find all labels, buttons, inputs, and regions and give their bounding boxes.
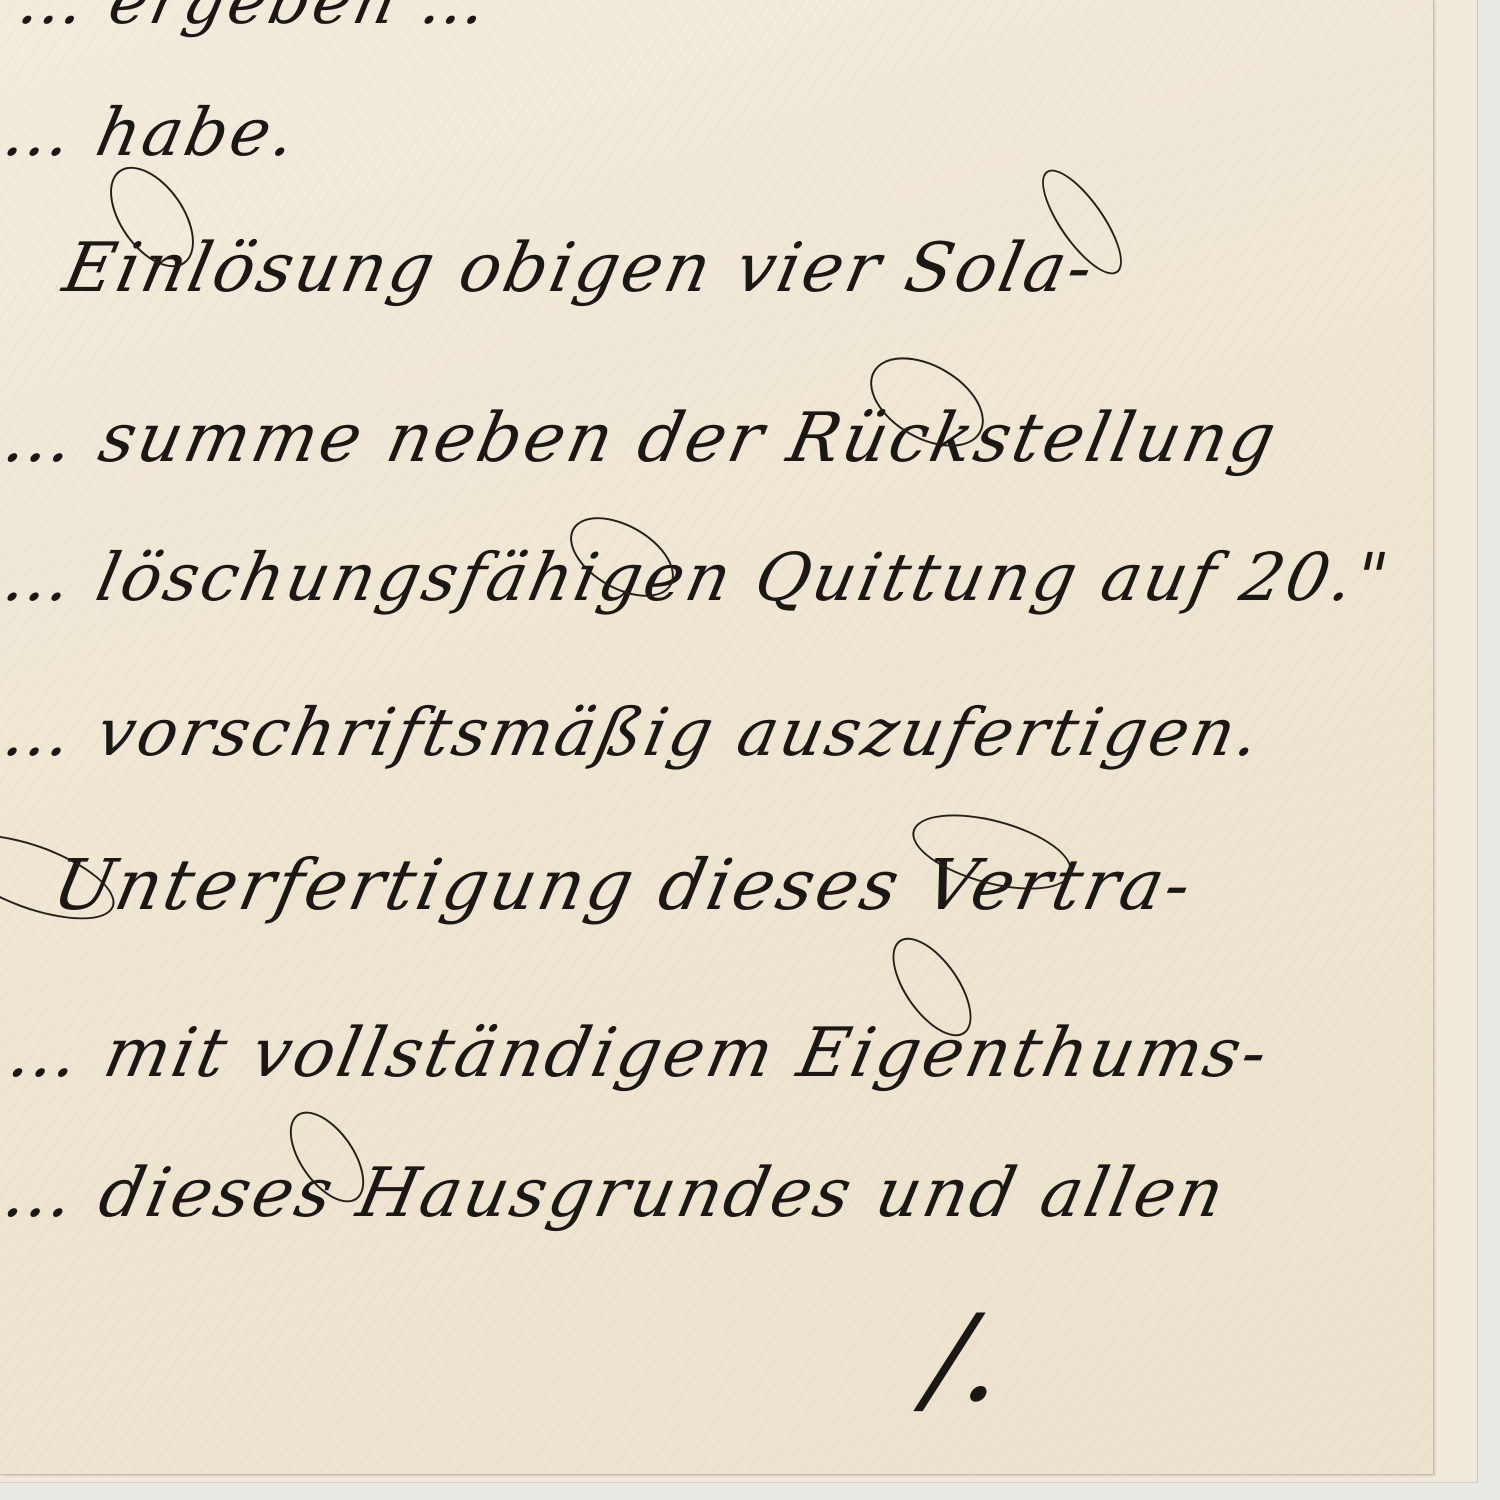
text-line-8: … mit vollständigem Eigenthums- <box>3 1020 1276 1088</box>
line-5-text: … löschungsfähigen Quittung auf 20." <box>0 539 1397 616</box>
line-6-text: … vorschriftsmäßig auszufertigen. <box>0 694 1269 771</box>
text-line-6: … vorschriftsmäßig auszufertigen. <box>0 700 1268 766</box>
text-line-4: … summe neben der Rückstellung <box>0 405 1284 473</box>
text-line-7: Unterfertigung dieses Vertra- <box>48 850 1200 920</box>
handwritten-page: … ergeben … … habe. Einlösung obigen vie… <box>0 0 1434 1475</box>
line-9-text: … dieses Hausgrundes und allen <box>0 1154 1234 1233</box>
line-1-text: … ergeben … <box>12 0 497 39</box>
continuation-mark: /. <box>907 1290 1031 1429</box>
text-line-3: Einlösung obigen vier Sola- <box>58 235 1102 303</box>
line-8-text: … mit vollständigem Eigenthums- <box>2 1014 1277 1093</box>
document-scene: … ergeben … … habe. Einlösung obigen vie… <box>0 0 1500 1500</box>
line-4-text: … summe neben der Rückstellung <box>0 399 1285 478</box>
text-line-1: … ergeben … <box>13 0 496 34</box>
line-2-text: … habe. <box>0 94 305 171</box>
text-line-5: … löschungsfähigen Quittung auf 20." <box>0 545 1396 611</box>
text-line-2: … habe. <box>0 100 304 166</box>
line-3-text: Einlösung obigen vier Sola- <box>57 229 1103 308</box>
line-7-text: Unterfertigung dieses Vertra- <box>46 844 1201 926</box>
text-line-9: … dieses Hausgrundes und allen <box>0 1160 1232 1228</box>
